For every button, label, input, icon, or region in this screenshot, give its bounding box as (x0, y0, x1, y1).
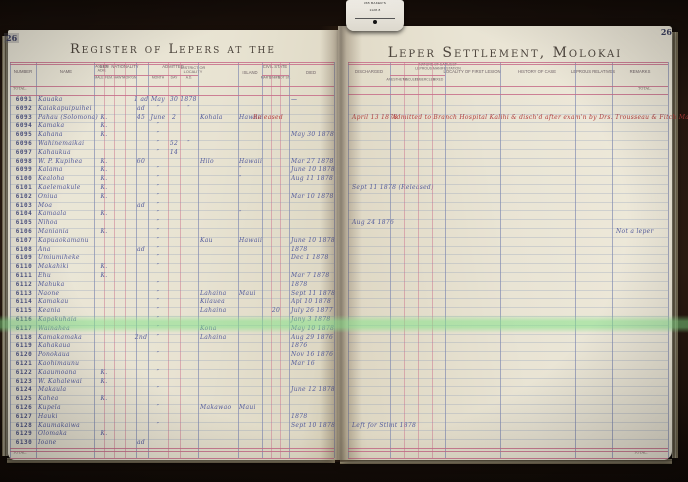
grid-line (348, 210, 668, 211)
col-header-mixed: Mixed (424, 78, 453, 82)
cell-dy: 2 (168, 114, 180, 123)
cell-dist: Kau (200, 237, 238, 246)
grid-line (262, 62, 263, 458)
cell-num: 6112 (12, 281, 36, 290)
grid-line (348, 94, 668, 95)
cell-dist: Lahaina (200, 307, 238, 316)
total-label-top-right: Total. (638, 87, 652, 91)
cell-num: 6126 (12, 404, 36, 413)
grid-line (348, 237, 668, 238)
cell-died: May 30 1878 (291, 131, 337, 140)
cell-name: Kahea (38, 395, 96, 404)
cell-name: Kaumakaiwa (38, 422, 96, 431)
grid-line (348, 334, 668, 335)
grid-line (10, 395, 334, 396)
cell-mo: ″ (148, 166, 168, 175)
cell-num: 6117 (12, 325, 36, 334)
cell-died: Mar 16 (291, 360, 337, 369)
cell-isl: ″ (239, 175, 261, 184)
col-header-age: Age on Adm. (92, 65, 112, 73)
cell-dy: 14 (168, 149, 180, 158)
grid-line (94, 62, 95, 458)
cell-mo: ″ (148, 140, 168, 149)
cell-died: Sept 11 1878 (291, 290, 337, 299)
cell-name: Oniua (38, 193, 96, 202)
grid-line (180, 62, 181, 458)
page-number-right: 26 (661, 27, 672, 37)
grid-line (114, 62, 115, 458)
grid-line (348, 316, 668, 317)
grid-line (348, 64, 668, 65)
cell-mo: ″ (148, 290, 168, 299)
cell-num: 6119 (12, 342, 36, 351)
grid-line (10, 430, 334, 431)
grid-line (10, 237, 334, 238)
grid-line (10, 210, 334, 211)
cell-released-note: Released (253, 114, 283, 123)
grid-line (10, 378, 334, 379)
cell-mo: ″ (148, 386, 168, 395)
grid-line (148, 62, 149, 458)
cell-isl: Maui (239, 404, 261, 413)
cell-name: W. P. Kupihea (38, 158, 96, 167)
cell-name: Makaula (38, 386, 96, 395)
grid-line (10, 342, 334, 343)
total-label-top-left: Total. (13, 87, 27, 91)
grid-line (418, 62, 419, 458)
cell-name: Kamakau (38, 298, 96, 307)
cell-mo: ″ (148, 281, 168, 290)
cell-mo: ″ (148, 237, 168, 246)
cell-name: Ponokaua (38, 351, 96, 360)
grid-line (348, 378, 668, 379)
cell-num: 6122 (12, 369, 36, 378)
cell-num: 6124 (12, 386, 36, 395)
grid-line (10, 281, 334, 282)
cell-name: Kalama (38, 166, 96, 175)
grid-line (575, 62, 576, 458)
col-header-foreigner: For'gn (116, 76, 145, 80)
col-header-discharged: Discharged (333, 70, 405, 75)
cell-name: Kahana (38, 131, 96, 140)
cell-num: 6099 (12, 166, 36, 175)
grid-line (348, 325, 668, 326)
col-header-first-lesion: Locality of First Lesion (436, 70, 508, 75)
grid-line (348, 451, 668, 452)
cell-mo: May (148, 96, 168, 105)
grid-line (10, 351, 334, 352)
cell-name: Ioane (38, 439, 96, 448)
cell-name: Kaelemakule (38, 184, 96, 193)
grid-line (348, 404, 668, 405)
cell-died: May 10 1878 (291, 325, 337, 334)
cell-name: Nihoa (38, 219, 96, 228)
grid-line (432, 62, 433, 458)
cell-name: Makahiki (38, 263, 96, 272)
cell-num: 6123 (12, 378, 36, 387)
cell-isl: Maui (239, 290, 261, 299)
grid-line (348, 166, 668, 167)
cell-mo: ″ (148, 122, 168, 131)
cell-yr: ″ (179, 140, 198, 149)
spine-label-line2: 1128·8 (346, 9, 403, 13)
grid-line (10, 86, 334, 87)
cell-discharged: Sept 11 1878 (Released) (352, 184, 434, 193)
cell-died: Mar 7 1878 (291, 272, 337, 281)
grid-line (500, 62, 501, 458)
grid-line (10, 254, 334, 255)
grid-line (348, 448, 668, 449)
grid-line (10, 64, 334, 65)
cell-mo: ″ (148, 219, 168, 228)
cell-history-note: Admitted to Branch Hospital Kalihi & dis… (392, 114, 688, 123)
cell-num: 6118 (12, 334, 36, 343)
cell-name: Kamaka (38, 122, 96, 131)
grid-line (348, 290, 668, 291)
cell-num: 6091 (12, 96, 36, 105)
grid-line (10, 325, 334, 326)
cell-name: Naone (38, 290, 96, 299)
cell-mo: ″ (148, 246, 168, 255)
cell-name: Moa (38, 202, 96, 211)
grid-line (10, 413, 334, 414)
grid-line (10, 62, 11, 458)
grid-line (404, 62, 405, 458)
cell-name: Kupela (38, 404, 96, 413)
grid-line (348, 158, 668, 159)
cell-died: Sept 10 1878 (291, 422, 337, 431)
book-spine-label: 365 BAKER'S 1128·8 (346, 0, 404, 31)
cell-discharged: Left for Stlmt 1878 (352, 422, 416, 431)
cell-name: Ehu (38, 272, 96, 281)
grid-line (348, 149, 668, 150)
grid-line (10, 193, 334, 194)
cell-yr: 1878 (179, 96, 198, 105)
grid-line (445, 62, 446, 458)
cell-name: Kapuaokamanu (38, 237, 96, 246)
cell-name: Kaaumoana (38, 369, 96, 378)
grid-line (348, 272, 668, 273)
grid-line (10, 175, 334, 176)
cell-mo: ″ (148, 193, 168, 202)
cell-discharged: Aug 24 1876 (352, 219, 394, 228)
cell-died: 1876 (291, 342, 337, 351)
cell-mo: ″ (148, 298, 168, 307)
grid-line (348, 105, 668, 106)
cell-name: Kapakuhaia (38, 316, 96, 325)
grid-line (348, 298, 668, 299)
cell-died: Aug 29 1876 (291, 334, 337, 343)
grid-line (348, 122, 668, 123)
grid-line (10, 149, 334, 150)
grid-line (10, 334, 334, 335)
cell-dist: Makawao (200, 404, 238, 413)
cell-num: 6097 (12, 149, 36, 158)
cell-mo: ″ (148, 422, 168, 431)
cell-yr: ″ (179, 105, 198, 114)
grid-line (10, 105, 334, 106)
grid-line (348, 62, 349, 458)
cell-mo: ″ (148, 263, 168, 272)
grid-line (348, 202, 668, 203)
grid-line (104, 62, 105, 458)
grid-line (136, 62, 137, 458)
cell-name: Kaiakapuipuihei (38, 105, 96, 114)
grid-line (612, 62, 613, 458)
cell-num: 6127 (12, 413, 36, 422)
grid-line (348, 369, 668, 370)
cell-died: Jany 3 1878 (291, 316, 337, 325)
grid-line (10, 263, 334, 264)
cell-name: Kaohimaunu (38, 360, 96, 369)
cell-num: 6120 (12, 351, 36, 360)
cell-name: Ana (38, 246, 96, 255)
grid-line (94, 75, 198, 76)
grid-line (280, 62, 281, 458)
grid-line (348, 131, 668, 132)
grid-line (10, 369, 334, 370)
cell-num: 6105 (12, 219, 36, 228)
cell-mo: ″ (148, 307, 168, 316)
total-label-bottom-right: Total. (634, 451, 648, 455)
cell-mo: ″ (148, 210, 168, 219)
cell-died: Nov 16 1876 (291, 351, 337, 360)
cell-mo: June (148, 114, 168, 123)
cell-mo: ″ (148, 254, 168, 263)
grid-line (348, 228, 668, 229)
grid-line (348, 193, 668, 194)
grid-line (10, 184, 334, 185)
cell-num: 6114 (12, 298, 36, 307)
grid-line (348, 307, 668, 308)
cell-mo: ″ (148, 149, 168, 158)
cell-num: 6109 (12, 254, 36, 263)
grid-line (348, 430, 668, 431)
cell-mo: ″ (148, 316, 168, 325)
register-left-page: 26 Register of Lepers at the Number Name… (8, 30, 338, 460)
grid-line (289, 62, 290, 458)
grid-line (10, 448, 334, 449)
cell-num: 6106 (12, 228, 36, 237)
grid-line (10, 202, 334, 203)
cell-num: 6125 (12, 395, 36, 404)
cell-num: 6098 (12, 158, 36, 167)
grid-line (348, 86, 668, 87)
cell-num: 6130 (12, 439, 36, 448)
grid-line (10, 307, 334, 308)
cell-name: Pahau (Solomona) (38, 114, 96, 123)
grid-line (348, 114, 668, 115)
grid-line (10, 451, 334, 452)
cell-num: 6128 (12, 422, 36, 431)
cell-died: July 26 1877 (291, 307, 337, 316)
grid-line (348, 439, 668, 440)
col-header-civil-state: Civil State (239, 65, 311, 70)
cell-name: Wainahea (38, 325, 96, 334)
grid-line (390, 75, 445, 76)
grid-line (10, 95, 334, 96)
cell-name: W. Kahalewai (38, 378, 96, 387)
grid-line (238, 62, 239, 458)
grid-line (348, 140, 668, 141)
cell-num: 6107 (12, 237, 36, 246)
cell-num: 6093 (12, 114, 36, 123)
cell-mo: ″ (148, 369, 168, 378)
grid-line (348, 351, 668, 352)
cell-died: 1878 (291, 246, 337, 255)
cell-dist: Kilauea (200, 298, 238, 307)
grid-line (390, 62, 391, 458)
page-edge-stack-right (672, 32, 678, 458)
spine-label-rule (355, 18, 395, 19)
right-page-title: Leper Settlement, Molokai (365, 45, 645, 61)
col-header-not-stated: Not St. (270, 76, 299, 80)
grid-line (348, 342, 668, 343)
grid-line (348, 62, 668, 63)
cell-name: Keania (38, 307, 96, 316)
left-page-title: Register of Lepers at the (38, 42, 308, 57)
grid-line (10, 166, 334, 167)
grid-line (10, 272, 334, 273)
cell-isl: ″ (239, 210, 261, 219)
cell-num: 6121 (12, 360, 36, 369)
cell-mo: ″ (148, 175, 168, 184)
grid-line (271, 62, 272, 458)
grid-line (348, 184, 668, 185)
grid-line (10, 316, 334, 317)
cell-dist: Kohala (200, 114, 238, 123)
grid-line (348, 395, 668, 396)
grid-line (10, 114, 334, 115)
grid-line (348, 413, 668, 414)
cell-mo: ″ (148, 325, 168, 334)
cell-num: 6111 (12, 272, 36, 281)
grid-line (125, 62, 126, 458)
grid-line (334, 62, 335, 458)
grid-line (348, 422, 668, 423)
cell-mo: ″ (148, 184, 168, 193)
cell-isl: ″ (239, 166, 261, 175)
cell-mo: ″ (148, 404, 168, 413)
cell-mo: ″ (148, 105, 168, 114)
cell-num: 6116 (12, 316, 36, 325)
cell-died: 1878 (291, 281, 337, 290)
cell-died: Mar 10 1878 (291, 193, 337, 202)
cell-num: 6096 (12, 140, 36, 149)
grid-line (10, 404, 334, 405)
grid-line (10, 122, 334, 123)
cell-died: Dec 1 1878 (291, 254, 337, 263)
grid-line (10, 228, 334, 229)
grid-line (10, 439, 334, 440)
cell-num: 6095 (12, 131, 36, 140)
grid-line (262, 75, 289, 76)
cell-died: June 12 1878 (291, 386, 337, 395)
grid-line (348, 386, 668, 387)
grid-line (348, 254, 668, 255)
cell-num: 6104 (12, 210, 36, 219)
cell-num: 6100 (12, 175, 36, 184)
col-header-ad: A.D. (175, 76, 204, 80)
cell-died: 1878 (291, 413, 337, 422)
cell-num: 6115 (12, 307, 36, 316)
spine-label-hole (373, 20, 377, 24)
cell-dist: Lahaina (200, 290, 238, 299)
cell-died: June 10 1878 (291, 166, 337, 175)
grid-line (348, 458, 668, 459)
grid-line (348, 246, 668, 247)
grid-line (10, 131, 334, 132)
grid-line (348, 263, 668, 264)
cell-num: 6092 (12, 105, 36, 114)
grid-line (10, 360, 334, 361)
page-number-left: 26 (4, 33, 19, 43)
ledger-photo: 26 Register of Lepers at the Number Name… (0, 0, 688, 482)
cell-name: Kahaukua (38, 149, 96, 158)
cell-dist: Lahaina (200, 334, 238, 343)
col-header-remarks: Remarks (604, 70, 676, 75)
cell-dist: Kona (200, 325, 238, 334)
cell-mo: ″ (148, 228, 168, 237)
grid-line (348, 175, 668, 176)
grid-line (10, 386, 334, 387)
cell-num: 6129 (12, 430, 36, 439)
grid-line (10, 62, 334, 63)
cell-name: Maniania (38, 228, 96, 237)
grid-line (10, 422, 334, 423)
grid-line (348, 281, 668, 282)
cell-name: Kauaka (38, 96, 96, 105)
cell-mo: ″ (148, 351, 168, 360)
grid-line (10, 290, 334, 291)
grid-line (668, 62, 669, 458)
cell-num: 6110 (12, 263, 36, 272)
grid-line (348, 360, 668, 361)
grid-line (348, 219, 668, 220)
grid-line (10, 140, 334, 141)
cell-died: Apl 10 1878 (291, 298, 337, 307)
grid-line (10, 158, 334, 159)
cell-name: Kealoha (38, 175, 96, 184)
cell-isl: Hawaii (239, 237, 261, 246)
cell-num: 6102 (12, 193, 36, 202)
grid-line (198, 62, 199, 458)
grid-line (168, 62, 169, 458)
cell-died: Aug 11 1878 (291, 175, 337, 184)
grid-line (10, 246, 334, 247)
cell-num: 6113 (12, 290, 36, 299)
cell-num: 6101 (12, 184, 36, 193)
cell-name: Hauki (38, 413, 96, 422)
cell-name: Umiumiheke (38, 254, 96, 263)
cell-mo: ″ (148, 334, 168, 343)
cell-civ: 20 (264, 307, 288, 316)
cell-mo: ″ (148, 202, 168, 211)
grid-line (10, 458, 334, 459)
cell-died: June 10 1878 (291, 237, 337, 246)
cell-died: — (291, 96, 337, 105)
cell-name: Wahinemaikai (38, 140, 96, 149)
register-right-page: 26 Leper Settlement, Molokai Discharged … (338, 26, 672, 460)
cell-remarks: Not a leper (616, 228, 668, 237)
cell-num: 6103 (12, 202, 36, 211)
cell-name: Kamakamaka (38, 334, 96, 343)
cell-dist: Hilo (200, 158, 238, 167)
grid-line (36, 62, 37, 458)
cell-num: 6094 (12, 122, 36, 131)
total-label-bottom-left: Total. (13, 451, 27, 455)
cell-mo: ″ (148, 131, 168, 140)
